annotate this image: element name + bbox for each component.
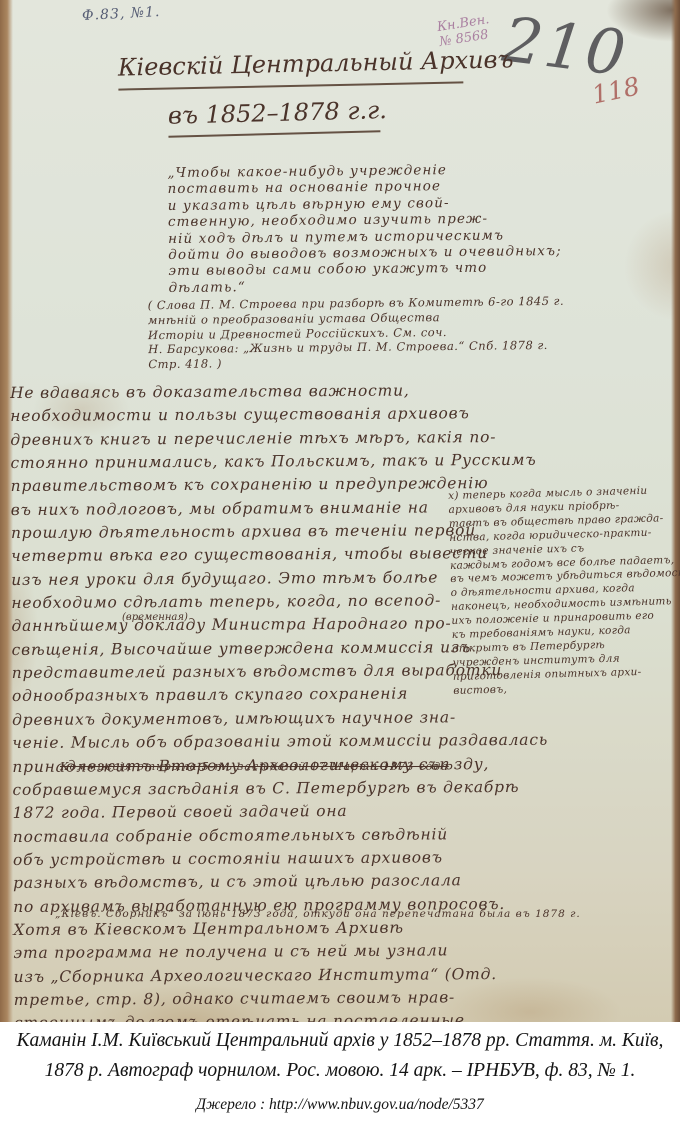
caption-line: Каманін І.М. Київський Центральний архів… [0,1026,680,1056]
source-link: Джерело : http://www.nbuv.gov.ua/node/53… [0,1096,680,1114]
body-line: необходимости и пользы существованія арх… [10,402,546,429]
body-line: разныхъ вѣдомствъ, и съ этой цѣлью разос… [13,869,549,896]
body-line: третье, стр. 8), однако считаемъ своимъ … [14,986,550,1013]
epigraph-quote: „Чтобы какое-нибудь учрежденіепоставить … [167,161,562,296]
citation-line: Стр. 418. ) [148,353,565,372]
library-stamp: Кн.Вен. № 8568 [436,12,493,50]
page: Ф.83, №1. Кн.Вен. № 8568 210 118 Кіевскі… [0,0,680,1134]
quote-line: дѣлать.“ [169,276,563,297]
body-line: стоянно принимались, какъ Польскимъ, так… [10,449,546,476]
caption-line: 1878 р. Автограф чорнилом. Рос. мовою. 1… [0,1056,680,1086]
body-line: ственнымъ долгомъ отвѣчать на поставленн… [14,1009,550,1022]
fond-number-mark: Ф.83, №1. [82,4,161,24]
manuscript-subtitle: въ 1852–1878 г.г. [168,96,381,138]
body-line: ченіе. Мысль объ образованіи этой коммис… [12,729,548,756]
body-line: Не вдаваясь въ доказательства важности, [10,379,546,406]
interlinear-insertion: (временная) [122,612,188,623]
body-line: изъ „Сборника Археологическаго Института… [14,962,550,989]
epigraph-citation: ( Слова П. М. Строева при разборѣ въ Ком… [148,294,565,372]
struck-out-line: Коммиссія открыла 5-ть засѣданій 17 Март… [60,760,449,773]
interlinear-insertion: „Кіевъ. Сборникъ“ за іюнь 1873 года, отк… [55,908,581,920]
margin-note: х) теперь когда мысль о значеніиархивовъ… [448,484,680,699]
photo-caption: Каманін І.М. Київський Центральний архів… [0,1026,680,1086]
body-line: поставила собраніе обстоятельныхъ свѣдѣн… [13,822,549,849]
body-line: древнихъ книгъ и перечисленіе тѣхъ мѣръ,… [10,425,546,452]
body-line: древнихъ документовъ, имѣющихъ научное з… [12,706,548,733]
body-line: 1872 года. Первой своей задачей она [13,799,549,826]
body-line: собравшемуся засѣданія въ С. Петербургѣ … [12,776,548,803]
body-line: объ устройствѣ и состояніи нашихъ архиво… [13,846,549,873]
manuscript-body: Не вдаваясь въ доказательства важности,н… [10,379,550,1022]
body-line: эта программа не получена и съ ней мы уз… [13,939,549,966]
manuscript-title: Кіевскій Центральный Архивъ [118,46,464,90]
manuscript-photo: Ф.83, №1. Кн.Вен. № 8568 210 118 Кіевскі… [0,0,680,1022]
